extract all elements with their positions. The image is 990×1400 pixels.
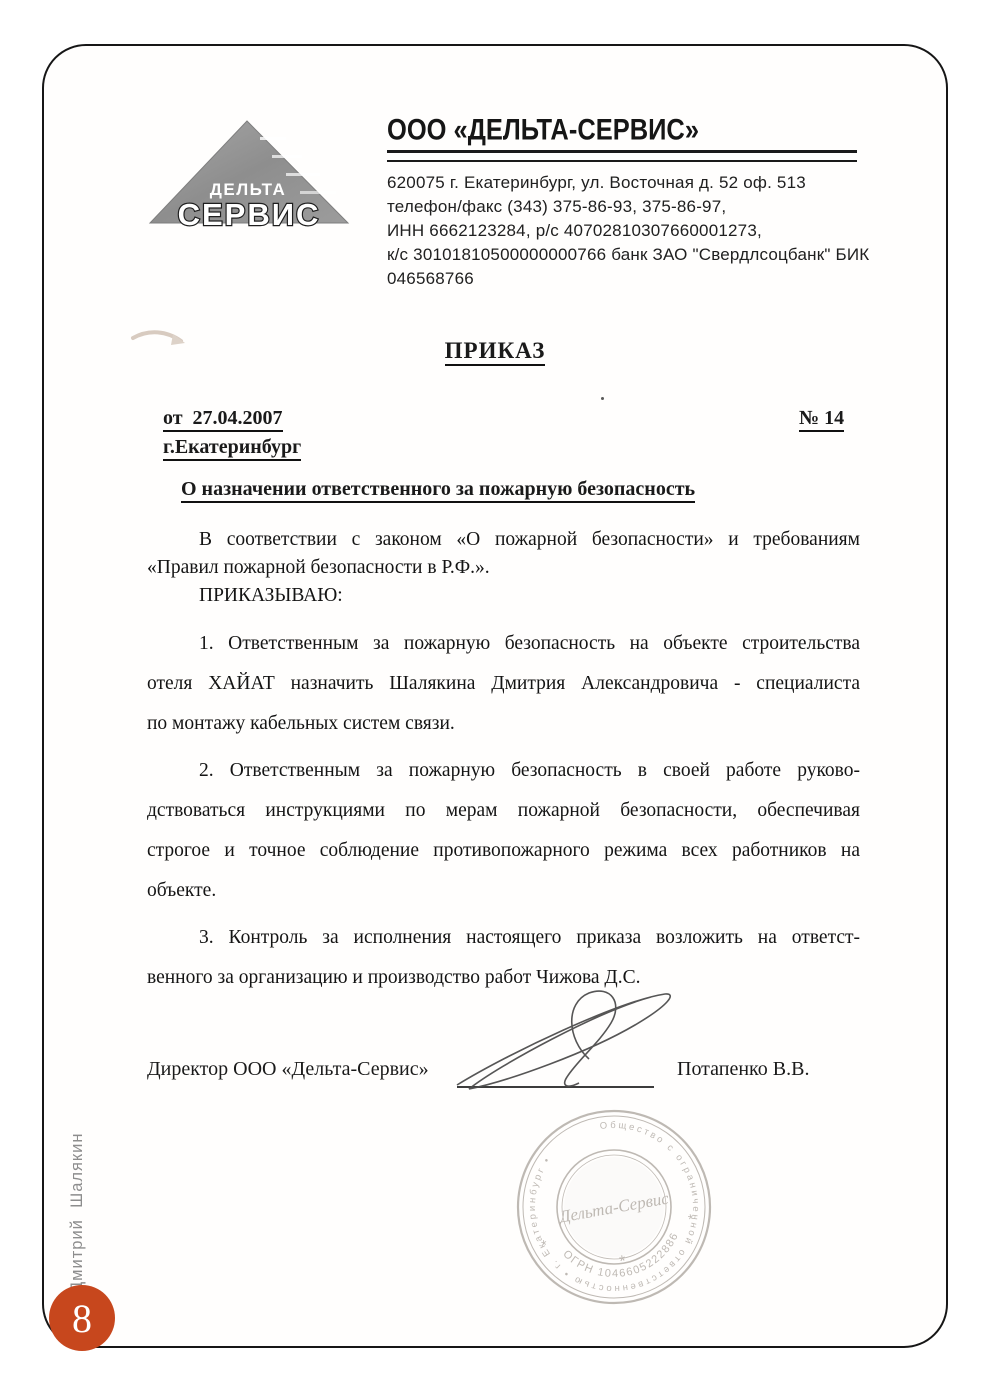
intro-line: В соответствии с законом «О пожарной без… — [147, 526, 860, 554]
paragraph-line: 3. Контроль за исполнения настоящего при… — [147, 918, 860, 958]
paragraph-2: 2. Ответственным за пожарную безопасност… — [147, 751, 860, 911]
paragraph-line: 1. Ответственным за пожарную безопасност… — [147, 624, 860, 664]
logo-word-service: СЕРВИС — [178, 197, 321, 232]
address-line: к/с 30101810500000000766 банк ЗАО "Сверд… — [387, 243, 857, 267]
order-body: В соответствии с законом «О пожарной без… — [147, 526, 860, 998]
paragraph-line: строгое и точное соблюдение противопожар… — [147, 831, 860, 871]
signature-role: Директор ООО «Дельта-Сервис» — [147, 1058, 429, 1081]
paragraph-line: отеля ХАЙАТ назначить Шалякина Дмитрия А… — [147, 664, 860, 704]
address-line: телефон/факс (343) 375-86-93, 375-86-97, — [387, 195, 857, 219]
paragraph-1: 1. Ответственным за пожарную безопасност… — [147, 624, 860, 744]
scanned-order-document: { "letterhead": { "logo": { "line1": "ДЕ… — [0, 0, 990, 1400]
directive-line: ПРИКАЗЫВАЮ: — [147, 582, 860, 610]
company-round-stamp: Общество с ограниченной ответственностью… — [502, 1095, 726, 1319]
letterhead-block: ООО «ДЕЛЬТА-СЕРВИС» 620075 г. Екатеринбу… — [387, 112, 857, 291]
paragraph-line: по монтажу кабельных систем связи. — [147, 704, 860, 744]
order-paragraphs: 1. Ответственным за пожарную безопасност… — [147, 624, 860, 998]
signature-name: Потапенко В.В. — [677, 1058, 809, 1081]
paragraph-line: 2. Ответственным за пожарную безопасност… — [147, 751, 860, 791]
intro-line: «Правил пожарной безопасности в Р.Ф.». — [147, 554, 860, 582]
order-city: г.Екатеринбург — [143, 413, 301, 482]
page-number: 8 — [72, 1295, 92, 1342]
ink-speck — [601, 397, 604, 400]
letterhead-divider — [387, 150, 857, 162]
address-line: 046568766 — [387, 267, 857, 291]
address-line: 620075 г. Екатеринбург, ул. Восточная д.… — [387, 171, 857, 195]
company-address: 620075 г. Екатеринбург, ул. Восточная д.… — [387, 171, 857, 291]
delta-service-logo: ДЕЛЬТА СЕРВИС — [148, 115, 354, 233]
order-title: ПРИКАЗ — [44, 338, 946, 364]
order-number: № 14 — [779, 384, 844, 453]
side-vertical-label: Дмитрий Шалякин — [68, 1115, 88, 1293]
order-subject: О назначении ответственного за пожарную … — [181, 478, 695, 501]
page-number-badge: 8 — [49, 1285, 115, 1351]
paragraph-line: дствоваться инструкциями по мерам пожарн… — [147, 791, 860, 831]
address-line: ИНН 6662123284, р/с 40702810307660001273… — [387, 219, 857, 243]
handwritten-signature — [439, 981, 684, 1093]
document-page-border: ДЕЛЬТА СЕРВИС ООО «ДЕЛЬТА-СЕРВИС» 620075… — [42, 44, 948, 1348]
paragraph-line: объекте. — [147, 871, 860, 911]
company-name: ООО «ДЕЛЬТА-СЕРВИС» — [387, 112, 848, 147]
